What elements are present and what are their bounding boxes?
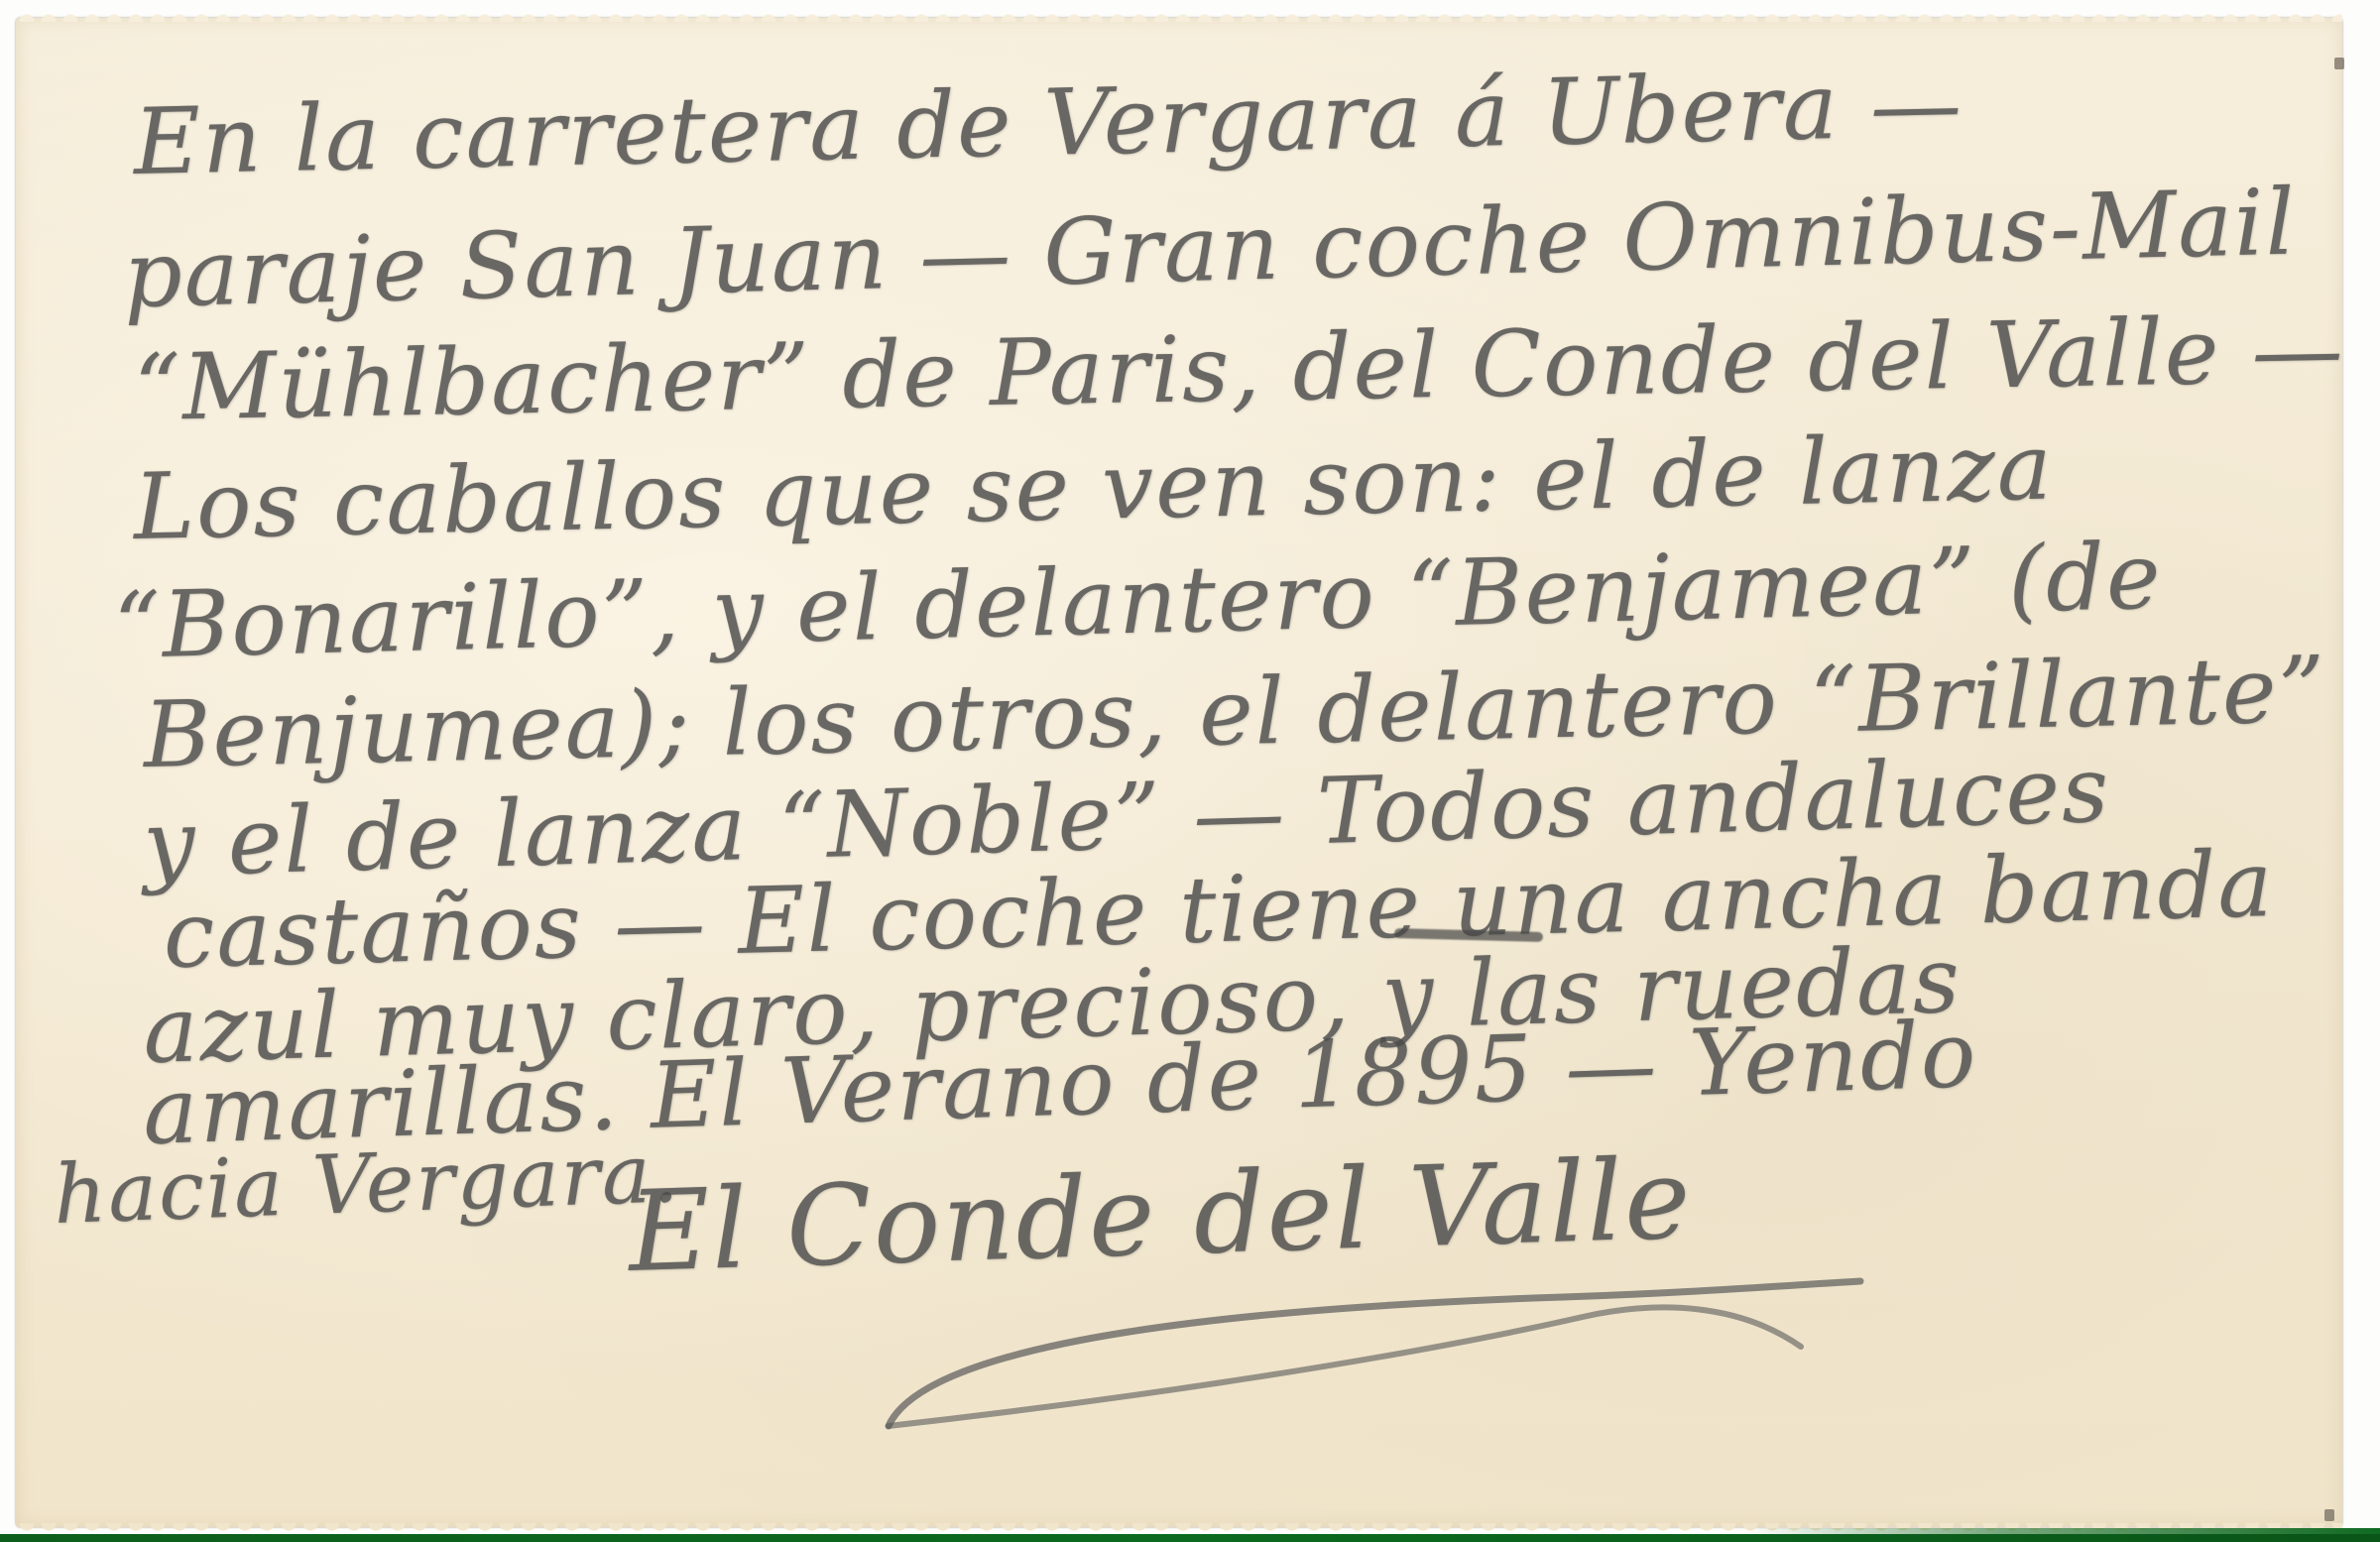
postcard: En la carretera de Vergara á Ubera — par… [16,18,2342,1527]
signature-flourish-icon [869,1277,1900,1436]
handwritten-text: En la carretera de Vergara á Ubera — par… [16,18,2342,1527]
text-line: En la carretera de Vergara á Ubera — [133,51,1964,195]
signature: El Conde del Valle [627,1134,1694,1297]
scan-background: En la carretera de Vergara á Ubera — par… [0,0,2380,1535]
bottom-green-strip [0,1534,2380,1542]
